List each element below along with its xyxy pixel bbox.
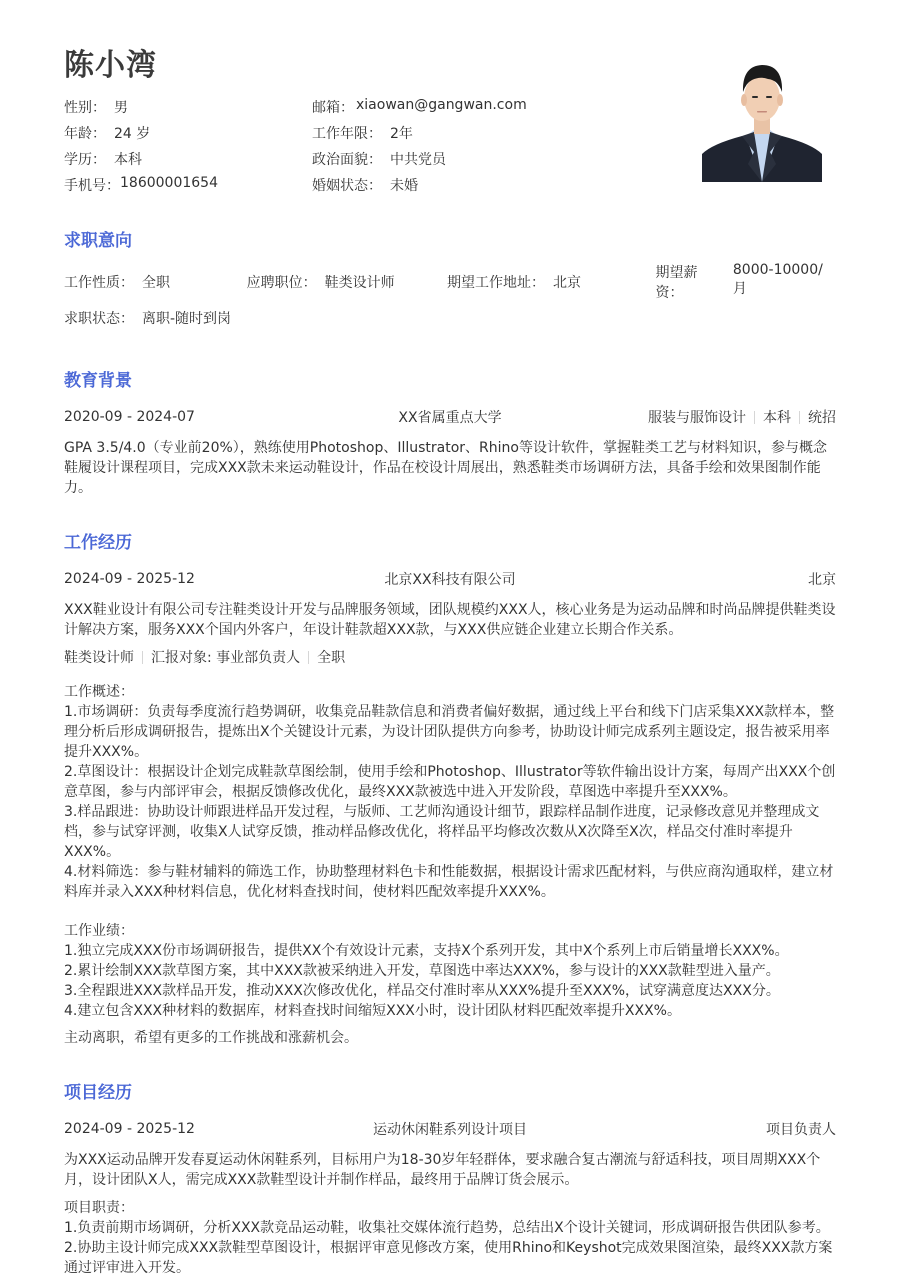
- project-entry-header: 2024-09 - 2025-12 运动休闲鞋系列设计项目 项目负责人: [64, 1119, 836, 1139]
- divider: [799, 411, 800, 424]
- education-meta: 服装与服饰设计 本科 统招: [648, 407, 836, 427]
- job-type-field: 工作性质： 全职: [64, 272, 247, 292]
- basic-info-row: 学历： 本科 政治面貌： 中共党员: [64, 146, 624, 172]
- field-value: 男: [114, 97, 128, 117]
- job-status-field: 求职状态： 离职-随时到岗: [64, 308, 231, 328]
- education-period: 2020-09 - 2024-07: [64, 409, 195, 425]
- field-value: 全职: [142, 272, 170, 292]
- field-label: 政治面貌：: [312, 149, 382, 169]
- project-period: 2024-09 - 2025-12: [64, 1121, 195, 1137]
- company-intro: XXX鞋业设计有限公司专注鞋类设计开发与品牌服务领域，团队规模约XXX人，核心业…: [64, 600, 836, 640]
- field-label: 年龄：: [64, 123, 106, 143]
- employment-type-tag: 全职: [317, 647, 345, 667]
- field-label: 工作年限：: [312, 123, 382, 143]
- major: 服装与服饰设计: [648, 407, 746, 427]
- leave-reason: 主动离职，希望有更多的工作挑战和涨薪机会。: [64, 1028, 836, 1048]
- enrollment-type: 统招: [808, 407, 836, 427]
- section-title-job-intent: 求职意向: [64, 226, 132, 251]
- degree: 本科: [763, 407, 791, 427]
- work-overview: 工作概述： 1.市场调研：负责每季度流行趋势调研，收集竞品鞋款信息和消费者偏好数…: [64, 682, 836, 902]
- field-value: 8000-10000/月: [733, 262, 836, 302]
- divider: [142, 651, 143, 664]
- marital-status-field: 婚姻状态： 未婚: [312, 175, 418, 195]
- project-role: 项目负责人: [766, 1119, 836, 1139]
- field-label: 学历：: [64, 149, 106, 169]
- project-duty-item: 2.协助主设计师完成XXX款鞋型草图设计，根据评审意见修改方案，使用Rhino和…: [64, 1238, 836, 1275]
- position-field: 应聘职位： 鞋类设计师: [247, 272, 447, 292]
- job-intent-row: 工作性质： 全职 应聘职位： 鞋类设计师 期望工作地址： 北京 期望薪资： 80…: [64, 272, 836, 292]
- field-value: 未婚: [390, 175, 418, 195]
- work-overview-title: 工作概述：: [64, 682, 836, 702]
- work-location: 北京: [808, 569, 836, 589]
- work-period: 2024-09 - 2025-12: [64, 571, 195, 587]
- project-duties-title: 项目职责：: [64, 1198, 836, 1218]
- work-overview-item: 4.材料筛选：参与鞋材辅料的筛选工作，协助整理材料色卡和性能数据，根据设计需求匹…: [64, 862, 836, 902]
- field-label: 工作性质：: [64, 272, 134, 292]
- political-status-field: 政治面貌： 中共党员: [312, 149, 446, 169]
- project-description: 为XXX运动品牌开发春夏运动休闲鞋系列，目标用户为18-30岁年轻群体，要求融合…: [64, 1150, 836, 1190]
- basic-info: 性别： 男 邮箱： xiaowan@gangwan.com 年龄： 24 岁 工…: [64, 94, 624, 198]
- work-tags: 鞋类设计师 汇报对象: 事业部负责人 全职: [64, 647, 345, 667]
- phone-field: 手机号： 18600001654: [64, 175, 312, 195]
- field-value: 18600001654: [120, 175, 218, 195]
- work-overview-item: 2.草图设计：根据设计企划完成鞋款草图绘制，使用手绘和Photoshop、Ill…: [64, 762, 836, 802]
- job-title-tag: 鞋类设计师: [64, 647, 134, 667]
- salary-field: 期望薪资： 8000-10000/月: [655, 262, 836, 302]
- profile-photo: [702, 52, 822, 182]
- field-label: 期望工作地址：: [447, 272, 545, 292]
- education-description: GPA 3.5/4.0（专业前20%），熟练使用Photoshop、Illust…: [64, 438, 836, 498]
- field-label: 求职状态：: [64, 308, 134, 328]
- location-field: 期望工作地址： 北京: [447, 272, 655, 292]
- field-label: 性别：: [64, 97, 106, 117]
- basic-info-row: 年龄： 24 岁 工作年限： 2年: [64, 120, 624, 146]
- gender-field: 性别： 男: [64, 97, 312, 117]
- job-intent-row: 求职状态： 离职-随时到岗: [64, 308, 836, 328]
- education-entry-header: 2020-09 - 2024-07 XX省属重点大学 服装与服饰设计 本科 统招: [64, 407, 836, 427]
- field-label: 期望薪资：: [655, 262, 724, 302]
- report-to-tag: 汇报对象: 事业部负责人: [151, 647, 300, 667]
- email-field: 邮箱： xiaowan@gangwan.com: [312, 97, 527, 117]
- work-overview-item: 3.样品跟进：协助设计师跟进样品开发过程，与版师、工艺师沟通设计细节，跟踪样品制…: [64, 802, 836, 862]
- field-label: 手机号：: [64, 175, 120, 195]
- field-value: 鞋类设计师: [325, 272, 395, 292]
- work-entry-header: 2024-09 - 2025-12 北京XX科技有限公司 北京: [64, 569, 836, 589]
- basic-info-row: 性别： 男 邮箱： xiaowan@gangwan.com: [64, 94, 624, 120]
- field-value: 2年: [390, 123, 413, 143]
- work-achievement-item: 1.独立完成XXX份市场调研报告，提供XX个有效设计元素，支持X个系列开发，其中…: [64, 941, 836, 961]
- field-value: 本科: [114, 149, 142, 169]
- field-value: 离职-随时到岗: [142, 308, 231, 328]
- project-duties: 项目职责： 1.负责前期市场调研，分析XXX款竞品运动鞋，收集社交媒体流行趋势，…: [64, 1198, 836, 1275]
- education-level-field: 学历： 本科: [64, 149, 312, 169]
- work-achievements-title: 工作业绩：: [64, 921, 836, 941]
- person-portrait-icon: [702, 52, 822, 182]
- section-title-work: 工作经历: [64, 528, 132, 553]
- field-label: 应聘职位：: [247, 272, 317, 292]
- divider: [308, 651, 309, 664]
- divider: [754, 411, 755, 424]
- work-overview-item: 1.市场调研：负责每季度流行趋势调研，收集竞品鞋款信息和消费者偏好数据，通过线上…: [64, 702, 836, 762]
- field-value: xiaowan@gangwan.com: [356, 97, 527, 117]
- field-value: 24 岁: [114, 123, 150, 143]
- work-achievement-item: 3.全程跟进XXX款样品开发，推动XXX次修改优化，样品交付准时率从XXX%提升…: [64, 981, 836, 1001]
- candidate-name: 陈小湾: [64, 40, 157, 84]
- age-field: 年龄： 24 岁: [64, 123, 312, 143]
- project-duty-item: 1.负责前期市场调研，分析XXX款竞品运动鞋，收集社交媒体流行趋势，总结出X个设…: [64, 1218, 836, 1238]
- work-achievement-item: 4.建立包含XXX种材料的数据库，材料查找时间缩短XXX小时，设计团队材料匹配效…: [64, 1001, 836, 1021]
- field-label: 邮箱：: [312, 97, 354, 117]
- field-value: 中共党员: [390, 149, 446, 169]
- basic-info-row: 手机号： 18600001654 婚姻状态： 未婚: [64, 172, 624, 198]
- section-title-project: 项目经历: [64, 1078, 132, 1103]
- work-achievement-item: 2.累计绘制XXX款草图方案，其中XXX款被采纳进入开发，草图选中率达XXX%，…: [64, 961, 836, 981]
- work-achievements: 工作业绩： 1.独立完成XXX份市场调研报告，提供XX个有效设计元素，支持X个系…: [64, 921, 836, 1021]
- work-years-field: 工作年限： 2年: [312, 123, 413, 143]
- section-title-education: 教育背景: [64, 366, 132, 391]
- field-value: 北京: [553, 272, 581, 292]
- field-label: 婚姻状态：: [312, 175, 382, 195]
